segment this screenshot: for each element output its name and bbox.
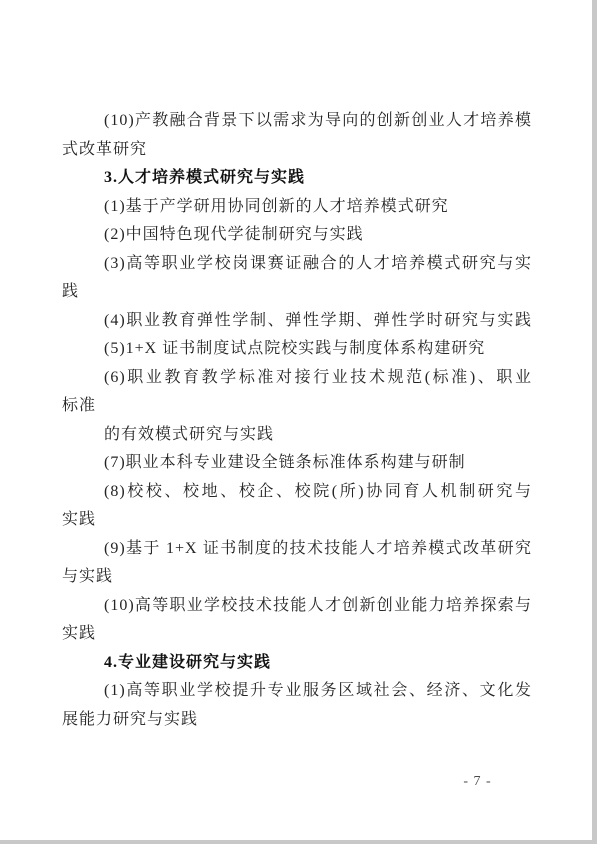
paragraph-line: (10)高等职业学校技术技能人才创新创业能力培养探索与 (62, 592, 532, 621)
paragraph-line: (2)中国特色现代学徒制研究与实践 (62, 221, 532, 250)
paragraph-line: 式改革研究 (62, 136, 532, 165)
document-text-block: (10)产教融合背景下以需求为导向的创新创业人才培养模 式改革研究 3.人才培养… (62, 107, 532, 734)
paragraph-line: (4)职业教育弹性学制、弹性学期、弹性学时研究与实践 (62, 307, 532, 336)
paragraph-line: 践 (62, 278, 532, 307)
section-heading-3: 3.人才培养模式研究与实践 (62, 164, 532, 193)
section-heading-4: 4.专业建设研究与实践 (62, 649, 532, 678)
paragraph-line: (8)校校、校地、校企、校院(所)协同育人机制研究与 (62, 478, 532, 507)
paragraph-line: (10)产教融合背景下以需求为导向的创新创业人才培养模 (62, 107, 532, 136)
paragraph-line: 展能力研究与实践 (62, 706, 532, 735)
paragraph-line: (5)1+X 证书制度试点院校实践与制度体系构建研究 (62, 335, 532, 364)
paragraph-line: 实践 (62, 620, 532, 649)
scan-edge-bottom (0, 840, 597, 844)
paragraph-line: (1)基于产学研用协同创新的人才培养模式研究 (62, 193, 532, 222)
paragraph-line: (3)高等职业学校岗课赛证融合的人才培养模式研究与实 (62, 250, 532, 279)
scan-edge-right (592, 0, 597, 844)
page-number: - 7 - (430, 771, 525, 793)
paragraph-line: 标准 (62, 392, 532, 421)
paragraph-line: (6)职业教育教学标准对接行业技术规范(标准)、职业 (62, 364, 532, 393)
paragraph-line: (9)基于 1+X 证书制度的技术技能人才培养模式改革研究 (62, 535, 532, 564)
paragraph-line: 的有效模式研究与实践 (62, 421, 532, 450)
paragraph-line: (1)高等职业学校提升专业服务区域社会、经济、文化发 (62, 677, 532, 706)
paragraph-line: 与实践 (62, 563, 532, 592)
paragraph-line: 实践 (62, 506, 532, 535)
paragraph-line: (7)职业本科专业建设全链条标准体系构建与研制 (62, 449, 532, 478)
